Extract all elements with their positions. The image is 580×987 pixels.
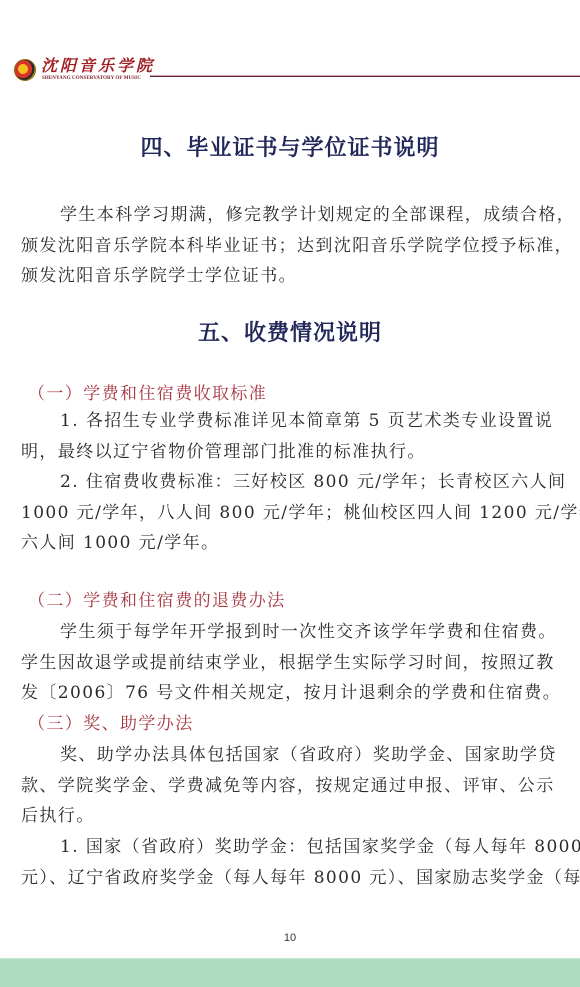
paragraph-tuition-standard: 1. 各招生专业学费标准详见本简章第 5 页艺术类专业设置说 明，最终以辽宁省物… bbox=[21, 406, 561, 467]
paragraph-national-scholarship: 1. 国家（省政府）奖助学金：包括国家奖学金（每人每年 8000 元）、辽宁省政… bbox=[21, 832, 561, 893]
section-title-certificates: 四、毕业证书与学位证书说明 bbox=[0, 133, 580, 163]
school-name-cn: 沈阳音乐学院 bbox=[41, 56, 155, 76]
text-line: 学生须于每学年开学报到时一次性交齐该学年学费和住宿费。 bbox=[21, 617, 561, 648]
school-emblem-icon bbox=[14, 59, 36, 81]
header-divider bbox=[150, 75, 580, 77]
text-line: 奖、助学办法具体包括国家（省政府）奖助学金、国家助学贷 bbox=[21, 740, 561, 771]
paragraph-dorm-fee: 2. 住宿费收费标准：三好校区 800 元/学年；长青校区六人间 1000 元/… bbox=[21, 467, 561, 559]
subheading-scholarships: （三）奖、助学办法 bbox=[28, 711, 194, 737]
subheading-fee-standards: （一）学费和住宿费收取标准 bbox=[28, 381, 267, 407]
text-line: 款、学院奖学金、学费减免等内容，按规定通过申报、评审、公示 bbox=[21, 771, 561, 802]
paragraph-scholarships: 奖、助学办法具体包括国家（省政府）奖助学金、国家助学贷 款、学院奖学金、学费减免… bbox=[21, 740, 561, 832]
text-line: 六人间 1000 元/学年。 bbox=[21, 528, 561, 559]
text-line: 后执行。 bbox=[21, 801, 561, 832]
text-line: 1. 国家（省政府）奖助学金：包括国家奖学金（每人每年 8000 bbox=[21, 832, 561, 863]
paragraph-refund: 学生须于每学年开学报到时一次性交齐该学年学费和住宿费。 学生因故退学或提前结束学… bbox=[21, 617, 561, 709]
school-name-en: SHENYANG CONSERVATORY OF MUSIC bbox=[42, 76, 141, 82]
text-line: 1. 各招生专业学费标准详见本简章第 5 页艺术类专业设置说 bbox=[21, 406, 561, 437]
page-header: 沈阳音乐学院 SHENYANG CONSERVATORY OF MUSIC bbox=[0, 56, 580, 90]
subheading-refund: （二）学费和住宿费的退费办法 bbox=[28, 588, 286, 614]
section-title-fees: 五、收费情况说明 bbox=[0, 318, 580, 348]
text-line: 学生本科学习期满，修完教学计划规定的全部课程，成绩合格， bbox=[21, 200, 561, 231]
footer-band bbox=[0, 958, 580, 987]
text-line: 学生因故退学或提前结束学业，根据学生实际学习时间，按照辽教 bbox=[21, 648, 561, 679]
text-line: 颁发沈阳音乐学院本科毕业证书；达到沈阳音乐学院学位授予标准， bbox=[21, 231, 561, 262]
text-line: 颁发沈阳音乐学院学士学位证书。 bbox=[21, 261, 561, 292]
text-line: 2. 住宿费收费标准：三好校区 800 元/学年；长青校区六人间 bbox=[21, 467, 561, 498]
page-number: 10 bbox=[0, 932, 580, 944]
paragraph-certificates: 学生本科学习期满，修完教学计划规定的全部课程，成绩合格， 颁发沈阳音乐学院本科毕… bbox=[21, 200, 561, 292]
text-line: 元）、辽宁省政府奖学金（每人每年 8000 元）、国家励志奖学金（每 bbox=[21, 863, 561, 894]
text-line: 明，最终以辽宁省物价管理部门批准的标准执行。 bbox=[21, 437, 561, 468]
text-line: 1000 元/学年，八人间 800 元/学年；桃仙校区四人间 1200 元/学年… bbox=[21, 498, 561, 529]
text-line: 发〔2006〕76 号文件相关规定，按月计退剩余的学费和住宿费。 bbox=[21, 678, 561, 709]
